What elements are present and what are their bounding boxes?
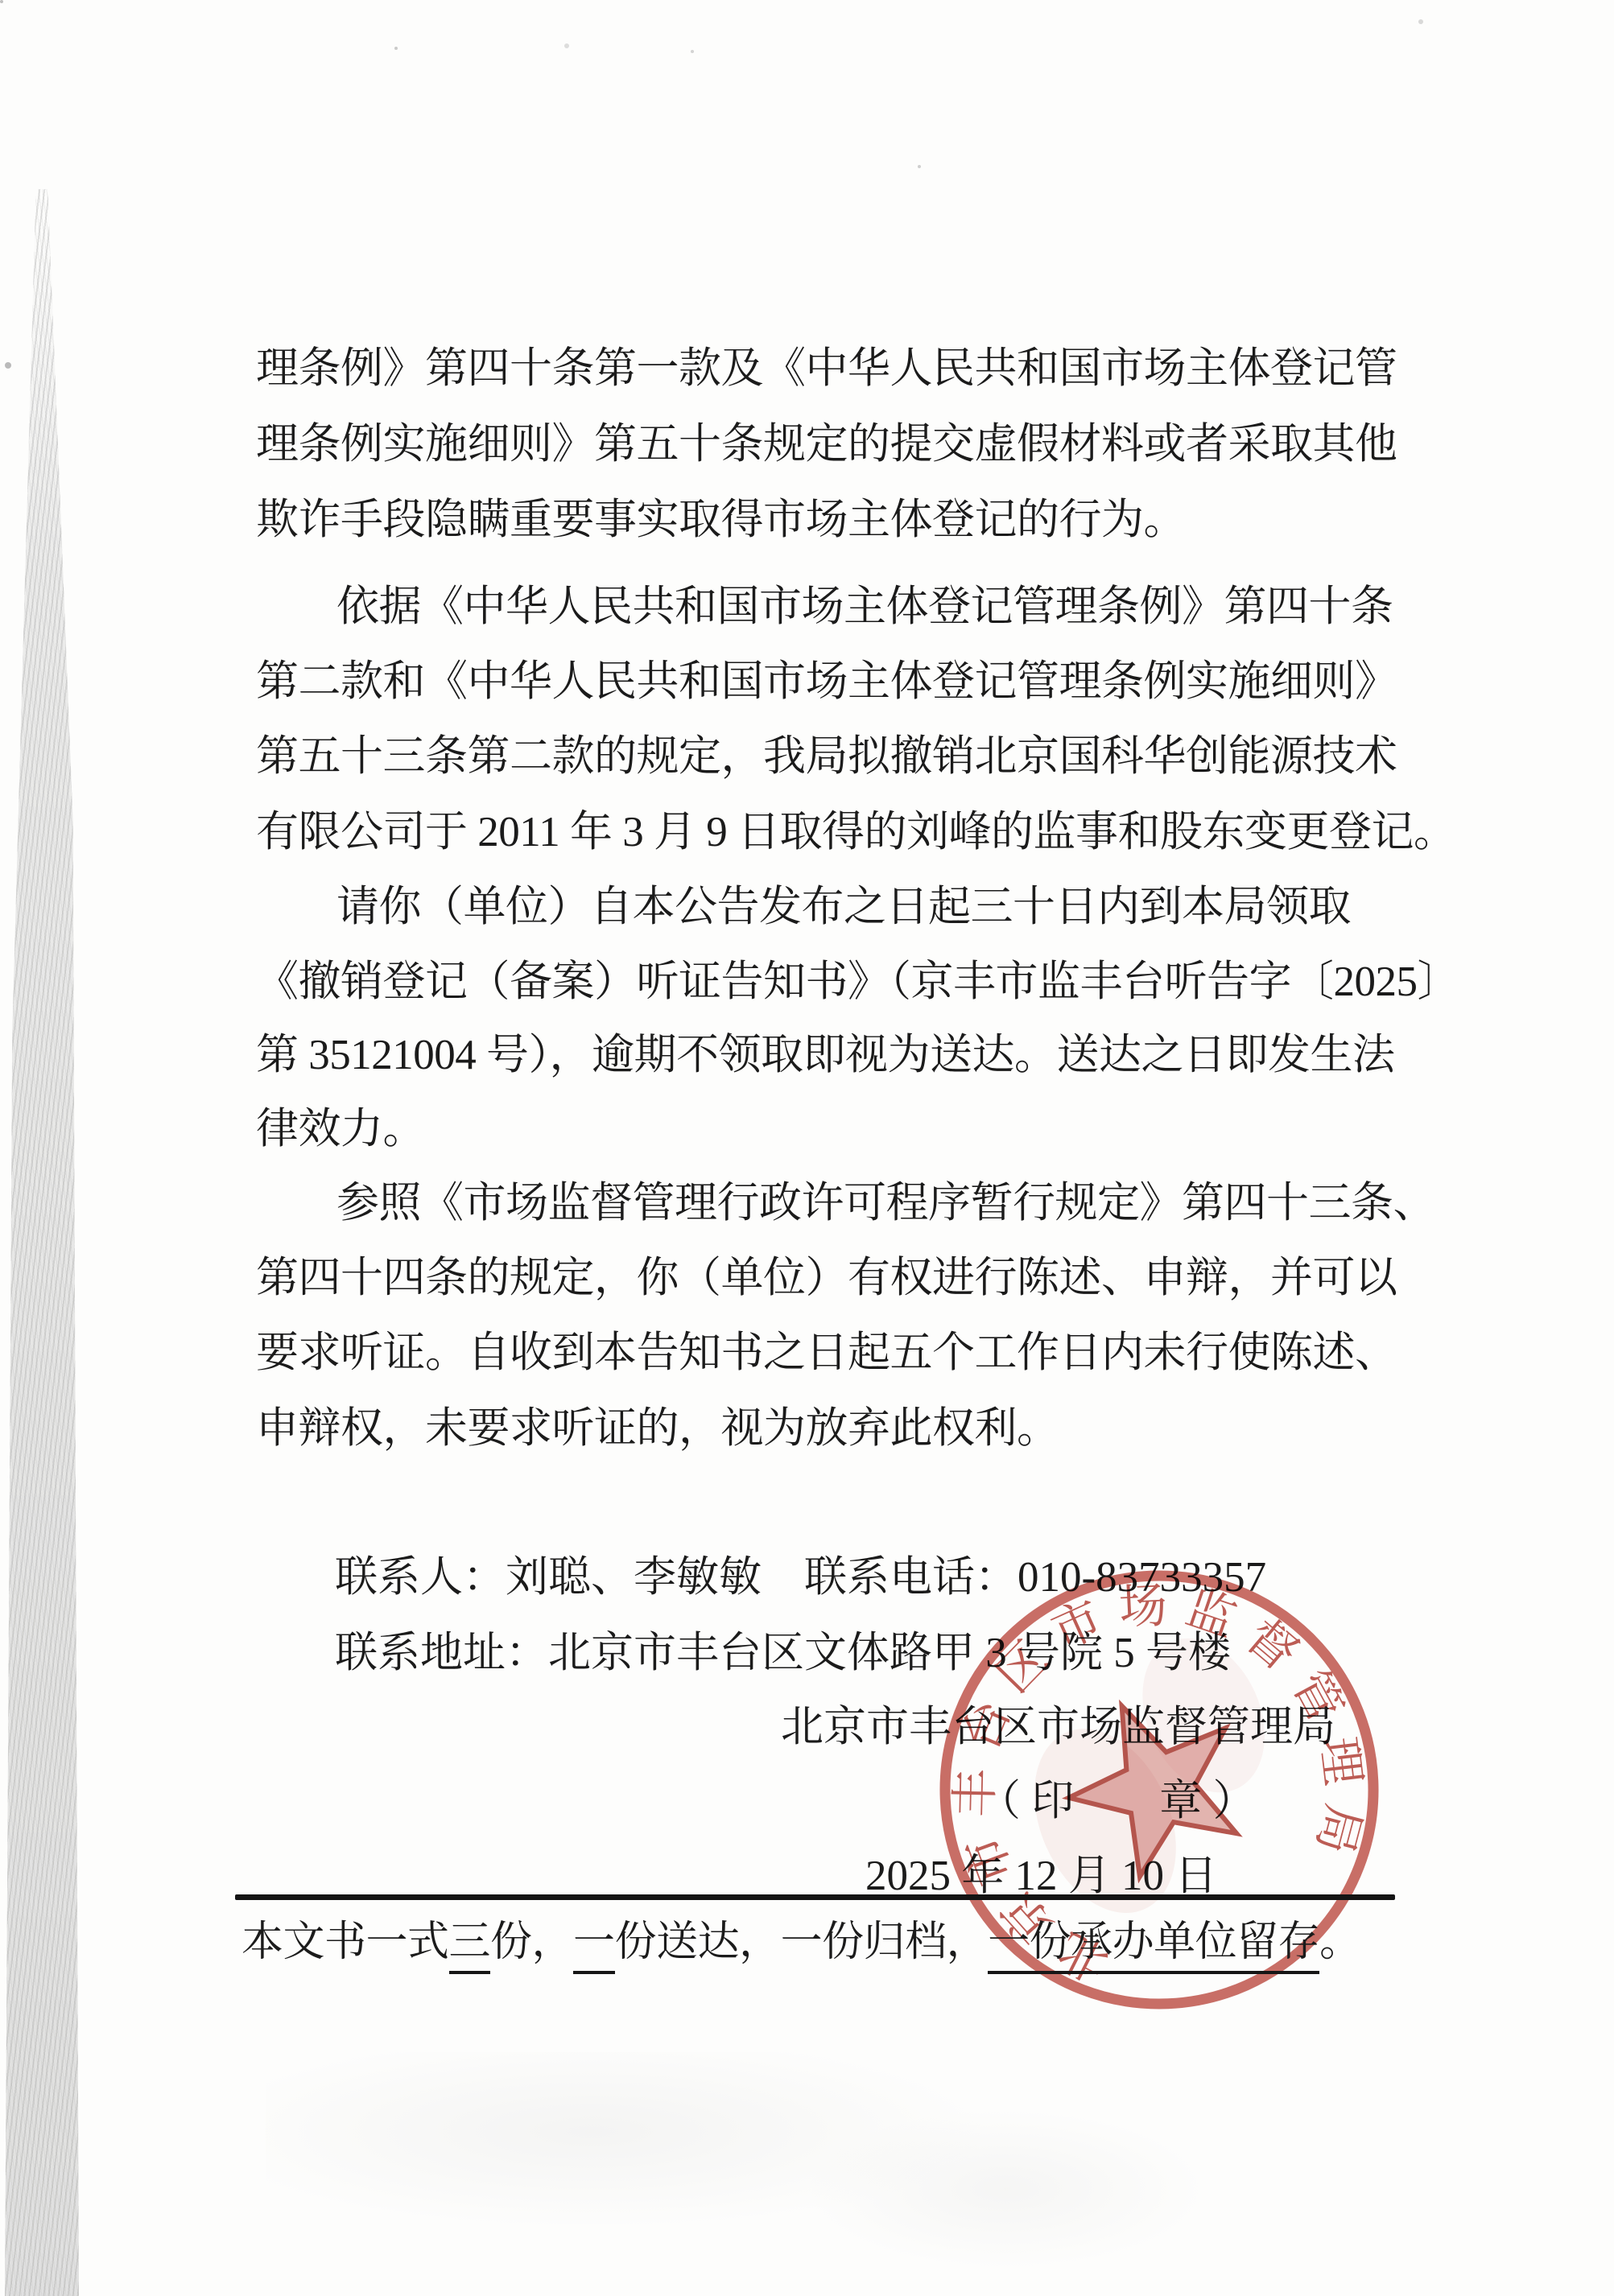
body-line: 第四十四条的规定，你（单位）有权进行陈述、申辩，并可以 <box>256 1254 1397 1302</box>
footer-segment-underlined: 一 <box>573 1919 615 1974</box>
contact-address-line: 联系地址：北京市丰台区文体路甲 3 号院 5 号楼 <box>335 1629 1231 1677</box>
footer-segment: 份， <box>490 1919 573 1965</box>
body-line: 欺诈手段隐瞒重要事实取得市场主体登记的行为。 <box>256 496 1186 544</box>
footer-segment: 份送达，一份归档， <box>615 1919 989 1965</box>
body-line: 理条例》第四十条第一款及《中华人民共和国市场主体登记管 <box>256 344 1397 393</box>
body-line: 第五十三条第二款的规定，我局拟撤销北京国科华创能源技术 <box>256 732 1397 781</box>
body-line: 《撤销登记（备案）听证告知书》（京丰市监丰台听告字〔2025〕 <box>256 958 1459 1006</box>
body-line: 理条例实施细则》第五十条规定的提交虚假材料或者采取其他 <box>256 420 1397 468</box>
footer-segment: 本文书一式 <box>241 1919 449 1965</box>
footer-segment: 。 <box>1319 1919 1361 1965</box>
body-line: 申辩权，未要求听证的，视为放弃此权利。 <box>256 1404 1059 1453</box>
body-line: 律效力。 <box>256 1105 425 1153</box>
footer-segment-underlined: 一份承办单位留存 <box>988 1919 1319 1974</box>
scan-binding-shadow <box>5 189 79 2296</box>
issue-date: 2025 年 12 月 10 日 <box>865 1852 1217 1900</box>
scan-dust-specks <box>0 0 3 3</box>
body-line: 第 35121004 号），逾期不领取即视为送达。送达之日即发生法 <box>256 1031 1395 1079</box>
body-line: 依据《中华人民共和国市场主体登记管理条例》第四十条 <box>256 583 1393 631</box>
scanned-document-page: 理条例》第四十条第一款及《中华人民共和国市场主体登记管 理条例实施细则》第五十条… <box>0 0 1614 2296</box>
distribution-note: 本文书一式三份，一份送达，一份归档，一份承办单位留存。 <box>241 1919 1361 1967</box>
issuing-authority: 北京市丰台区市场监督管理局 <box>781 1703 1335 1751</box>
body-line: 有限公司于 2011 年 3 月 9 日取得的刘峰的监事和股东变更登记。 <box>256 808 1456 856</box>
body-line: 第二款和《中华人民共和国市场主体登记管理条例实施细则》 <box>256 657 1397 706</box>
footer-segment-underlined: 三 <box>449 1919 491 1974</box>
contact-person-line: 联系人：刘聪、李敏敏 联系电话：010-83733357 <box>335 1553 1266 1601</box>
footer-divider-rule <box>235 1894 1395 1900</box>
body-line: 请你（单位）自本公告发布之日起三十日内到本局领取 <box>256 883 1351 931</box>
seal-placeholder-note: （ 印 章 ） <box>978 1777 1256 1825</box>
paper-smudge <box>805 2108 1207 2269</box>
body-line: 参照《市场监督管理行政许可程序暂行规定》第四十三条、 <box>256 1179 1435 1227</box>
body-line: 要求听证。自收到本告知书之日起五个工作日内未行使陈述、 <box>256 1329 1397 1377</box>
paper-smudge <box>266 2052 990 2229</box>
